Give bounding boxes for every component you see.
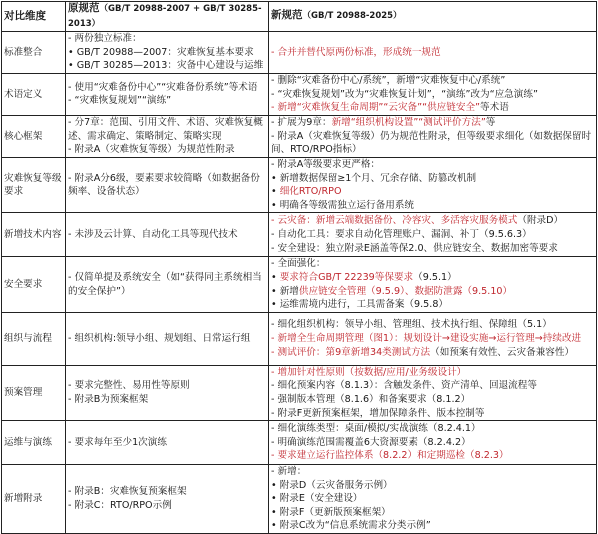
new-item: - 增加针对性原则（按数据/应用/业务级设计）: [271, 366, 594, 380]
new-item: - 删除“灾难备份中心/系统”，新增“灾难恢复中心/系统”: [271, 74, 594, 88]
header-new-title: 新规范: [271, 9, 303, 21]
header-new-standard: 新规范（GB/T 20988-2025）: [269, 2, 597, 32]
new-standard-cell: - 细化组织机构：领导小组、管理组、技术执行组、保障组（5.1）- 新增全生命周…: [269, 312, 597, 365]
old-standard-cell: - 分7章：范围、引用文件、术语、灾难恢复概述、需求确定、策略制定、策略实现- …: [66, 115, 269, 157]
new-item: • 要求符合GB/T 22239等保要求（9.5.1）: [271, 271, 594, 285]
change-text: （9.5.1）: [413, 272, 457, 283]
new-standard-cell: - 新增：• 附录D（云灾备服务示例）• 附录E（安全建设）• 附录F（更新版预…: [269, 465, 597, 500]
change-text: • 运维需境内进行，工具需备案（9.5.8）: [271, 299, 448, 310]
new-item: - 扩展为9章：新增“组织机构设置”“测试评价方法”等: [271, 116, 594, 130]
change-text: - 新增：: [271, 466, 306, 477]
old-standard-cell: - 附录A分6级，要素要求较简略（如数据备份频率、设备状态）: [66, 157, 269, 212]
table-row: 新增附录- 附录B：灾难恢复预案框架- 附录C：RTO/RPO示例- 新增：• …: [2, 465, 597, 500]
change-text: • 明确各等级需独立运行备用系统: [271, 200, 414, 211]
highlighted-change: 要求符合GB/T 22239等保要求: [280, 272, 413, 283]
change-text: • 附录D（云灾备服务示例）: [271, 480, 393, 491]
new-item: - 云灾备：新增云端数据备份、冷容灾、多活容灾服务模式（附录D）: [271, 214, 594, 228]
change-text: - 细化组织机构：领导小组、管理组、技术执行组、保障组（5.1）: [271, 319, 552, 330]
old-item: - 附录B：灾难恢复预案框架: [68, 485, 266, 499]
old-item: - 仅简单提及系统安全（如“获得同主系统相当的安全保护”）: [68, 271, 266, 298]
change-text: - 删除“灾难备份中心/系统”，新增“灾难恢复中心/系统”: [271, 75, 505, 86]
new-item: - 测试评价：第9章新增34类测试方法（如预案有效性、云灾备兼容性）: [271, 346, 594, 360]
change-text: • 新增: [271, 286, 299, 297]
dimension-cell: 新增技术内容: [2, 213, 66, 257]
new-item: • 附录D（云灾备服务示例）: [271, 479, 594, 493]
old-item: - 使用“灾难备份中心”“灾难备份系统”等术语: [68, 81, 266, 95]
old-standard-cell: - 未涉及云计算、自动化工具等现代技术: [66, 213, 269, 257]
change-text: • 新增数据保留≥1个月、冗余存储、防篡改机制: [271, 173, 476, 184]
new-item: - 新增全生命周期管理（图1）：规划设计→建设实施→运行管理→持续改进: [271, 332, 594, 346]
old-item: • GB/T 20988—2007：灾难恢复基本要求: [68, 46, 266, 60]
dimension-cell: 术语定义: [2, 73, 66, 115]
new-item: • 附录E（安全建设）: [271, 492, 594, 500]
new-item: - 细化预案内容（8.1.3）：含触发条件、资产清单、回退流程等: [271, 379, 594, 393]
header-old-standard: 原规范（GB/T 20988-2007 + GB/T 30285-2013）: [66, 2, 269, 32]
new-item: - 要求建立运行监控体系（8.2.2）和定期巡检（8.2.3）: [271, 449, 594, 463]
dimension-cell: 预案管理: [2, 365, 66, 420]
new-standard-cell: - 附录A等级要求更严格：• 新增数据保留≥1个月、冗余存储、防篡改机制• 细化…: [269, 157, 597, 212]
change-text: （附录D）: [517, 215, 563, 226]
old-item: - 分7章：范围、引用文件、术语、灾难恢复概述、需求确定、策略制定、策略实现: [68, 116, 266, 143]
change-text: - 全面强化：: [271, 258, 325, 269]
new-item: - 附录A（灾难恢复等级）仍为规范性附录，但等级要求细化（如数据保留时间、RTO…: [271, 130, 594, 157]
new-item: - 自动化工具：要求自动化管理账户、漏洞、补丁（9.5.6.3）: [271, 228, 594, 242]
new-item: - “灾难恢复规划”改为“灾难恢复计划”，“演练”改为“应急演练”: [271, 88, 594, 102]
table-row: 组织与流程- 组织机构:领导小组、规划组、日常运行组- 细化组织机构：领导小组、…: [2, 312, 597, 365]
change-text: •: [271, 186, 280, 197]
highlighted-change: - 新增“灾难恢复生命周期”“云灾备”“供应链安全”: [271, 102, 480, 113]
dimension-cell: 运维与演练: [2, 421, 66, 465]
header-new-codes: （GB/T 20988-2025）: [303, 11, 402, 21]
old-standard-cell: - 要求每年至少1次演练: [66, 421, 269, 465]
table-row: 新增技术内容- 未涉及云计算、自动化工具等现代技术- 云灾备：新增云端数据备份、…: [2, 213, 597, 257]
new-item: - 附录F更新预案框架，增加保障条件、版本控制等: [271, 407, 594, 421]
table-row: 灾难恢复等级要求- 附录A分6级，要素要求较简略（如数据备份频率、设备状态）- …: [2, 157, 597, 212]
new-item: • 新增数据保留≥1个月、冗余存储、防篡改机制: [271, 172, 594, 186]
change-text: - 细化预案内容（8.1.3）：含触发条件、资产清单、回退流程等: [271, 380, 537, 391]
old-standard-cell: - 两份独立标准：• GB/T 20988—2007：灾难恢复基本要求• GB/…: [66, 32, 269, 74]
table-row: 术语定义- 使用“灾难备份中心”“灾难备份系统”等术语- “灾难恢复规划”“演练…: [2, 73, 597, 115]
old-item: - “灾难恢复规划”“演练”: [68, 94, 266, 108]
table-row: 标准整合- 两份独立标准：• GB/T 20988—2007：灾难恢复基本要求•…: [2, 32, 597, 74]
change-text: - 明确演练范围需覆盖6大资源要素（8.2.4.2）: [271, 437, 471, 448]
dimension-cell: 组织与流程: [2, 312, 66, 365]
old-item: - 两份独立标准：: [68, 32, 266, 46]
new-item: • 细化RTO/RPO: [271, 185, 594, 199]
new-item: - 附录A等级要求更严格：: [271, 158, 594, 172]
old-item: - 要求每年至少1次演练: [68, 436, 266, 450]
comparison-table: 对比维度 原规范（GB/T 20988-2007 + GB/T 30285-20…: [1, 1, 597, 500]
new-item: - 细化组织机构：领导小组、管理组、技术执行组、保障组（5.1）: [271, 318, 594, 332]
old-item: • GB/T 30285—2013：灾备中心建设与运维: [68, 59, 266, 73]
header-dimension: 对比维度: [2, 2, 66, 32]
highlighted-change: - 新增全生命周期管理（图1）：规划设计→建设实施→运行管理→持续改进: [271, 333, 581, 344]
dimension-cell: 核心框架: [2, 115, 66, 157]
dimension-cell: 安全要求: [2, 257, 66, 312]
table-header-row: 对比维度 原规范（GB/T 20988-2007 + GB/T 30285-20…: [2, 2, 597, 32]
change-text: 等: [486, 117, 496, 128]
header-old-title: 原规范: [68, 2, 100, 14]
dimension-cell: 标准整合: [2, 32, 66, 74]
new-item: - 明确演练范围需覆盖6大资源要素（8.2.4.2）: [271, 436, 594, 450]
new-item: • 明确各等级需独立运行备用系统: [271, 199, 594, 213]
change-text: - 细化演练类型：桌面/模拟/实战演练（8.2.4.1）: [271, 423, 481, 434]
old-standard-cell: - 仅简单提及系统安全（如“获得同主系统相当的安全保护”）: [66, 257, 269, 312]
dimension-cell: 灾难恢复等级要求: [2, 157, 66, 212]
table-row: 预案管理- 要求完整性、易用性等原则- 附录B为预案框架- 增加针对性原则（按数…: [2, 365, 597, 420]
change-text: - “灾难恢复规划”改为“灾难恢复计划”，“演练”改为“应急演练”: [271, 89, 538, 100]
old-item: - 要求完整性、易用性等原则: [68, 379, 266, 393]
change-text: - 附录A等级要求更严格：: [271, 159, 380, 170]
change-text: 等术语: [480, 102, 509, 113]
new-item: - 安全建设：独立附录E涵盖等保2.0、供应链安全、数据加密等要求: [271, 242, 594, 256]
new-item: - 合并并替代原两份标准，形成统一规范: [271, 46, 594, 60]
new-standard-cell: - 云灾备：新增云端数据备份、冷容灾、多活容灾服务模式（附录D）- 自动化工具：…: [269, 213, 597, 257]
change-text: - 强制版本管理（8.1.6）和备案要求（8.1.2）: [271, 394, 470, 405]
highlighted-change: - 合并并替代原两份标准，形成统一规范: [271, 47, 441, 58]
change-text: - 附录A（灾难恢复等级）仍为规范性附录，但等级要求细化（如数据保留时间、RTO…: [271, 131, 591, 156]
change-text: - 安全建设：独立附录E涵盖等保2.0、供应链安全、数据加密等要求: [271, 243, 558, 254]
new-item: - 强制版本管理（8.1.6）和备案要求（8.1.2）: [271, 393, 594, 407]
highlighted-change: 新增“组织机构设置”“测试评价方法”: [332, 117, 486, 128]
highlighted-change: 供应链安全管理（9.5.9）、数据防泄露（9.5.10）: [299, 286, 512, 297]
highlighted-change: - 增加针对性原则（按数据/应用/业务级设计）: [271, 367, 466, 378]
change-text: •: [271, 272, 280, 283]
new-item: - 全面强化：: [271, 257, 594, 271]
table-row: 安全要求- 仅简单提及系统安全（如“获得同主系统相当的安全保护”）- 全面强化：…: [2, 257, 597, 312]
old-item: - 组织机构:领导小组、规划组、日常运行组: [68, 332, 266, 346]
new-item: - 细化演练类型：桌面/模拟/实战演练（8.2.4.1）: [271, 422, 594, 436]
change-text: - 自动化工具：要求自动化管理账户、漏洞、补丁（9.5.6.3）: [271, 229, 532, 240]
old-item: - 附录A分6级，要素要求较简略（如数据备份频率、设备状态）: [68, 172, 266, 199]
old-item: - 附录A（灾难恢复等级）为规范性附录: [68, 143, 266, 157]
new-item: - 新增“灾难恢复生命周期”“云灾备”“供应链安全”等术语: [271, 101, 594, 115]
new-standard-cell: - 删除“灾难备份中心/系统”，新增“灾难恢复中心/系统”- “灾难恢复规划”改…: [269, 73, 597, 115]
old-item: - 附录B为预案框架: [68, 393, 266, 407]
highlighted-change: - 要求建立运行监控体系（8.2.2）和定期巡检（8.2.3）: [271, 450, 509, 461]
old-item: - 未涉及云计算、自动化工具等现代技术: [68, 228, 266, 242]
new-item: - 新增：: [271, 465, 594, 479]
new-item: • 新增供应链安全管理（9.5.9）、数据防泄露（9.5.10）: [271, 285, 594, 299]
change-text: - 附录F更新预案框架，增加保障条件、版本控制等: [271, 408, 485, 419]
change-text: （如预案有效性、云灾备兼容性）: [430, 347, 574, 358]
highlighted-change: - 云灾备：新增云端数据备份、冷容灾、多活容灾服务模式: [271, 215, 517, 226]
new-standard-cell: - 增加针对性原则（按数据/应用/业务级设计）- 细化预案内容（8.1.3）：含…: [269, 365, 597, 420]
highlighted-change: 细化RTO/RPO: [280, 186, 342, 197]
new-standard-cell: - 扩展为9章：新增“组织机构设置”“测试评价方法”等- 附录A（灾难恢复等级）…: [269, 115, 597, 157]
table-row: 核心框架- 分7章：范围、引用文件、术语、灾难恢复概述、需求确定、策略制定、策略…: [2, 115, 597, 157]
change-text: • 附录E（安全建设）: [271, 493, 363, 500]
new-item: • 运维需境内进行，工具需备案（9.5.8）: [271, 298, 594, 312]
new-standard-cell: - 细化演练类型：桌面/模拟/实战演练（8.2.4.1）- 明确演练范围需覆盖6…: [269, 421, 597, 465]
table-row: 运维与演练- 要求每年至少1次演练- 细化演练类型：桌面/模拟/实战演练（8.2…: [2, 421, 597, 465]
highlighted-change: - 测试评价：第9章新增34类测试方法: [271, 347, 430, 358]
new-standard-cell: - 全面强化：• 要求符合GB/T 22239等保要求（9.5.1）• 新增供应…: [269, 257, 597, 312]
old-standard-cell: - 组织机构:领导小组、规划组、日常运行组: [66, 312, 269, 365]
old-standard-cell: - 使用“灾难备份中心”“灾难备份系统”等术语- “灾难恢复规划”“演练”: [66, 73, 269, 115]
old-standard-cell: - 附录B：灾难恢复预案框架- 附录C：RTO/RPO示例: [66, 465, 269, 500]
old-standard-cell: - 要求完整性、易用性等原则- 附录B为预案框架: [66, 365, 269, 420]
new-standard-cell: - 合并并替代原两份标准，形成统一规范: [269, 32, 597, 74]
dimension-cell: 新增附录: [2, 465, 66, 500]
change-text: - 扩展为9章：: [271, 117, 332, 128]
